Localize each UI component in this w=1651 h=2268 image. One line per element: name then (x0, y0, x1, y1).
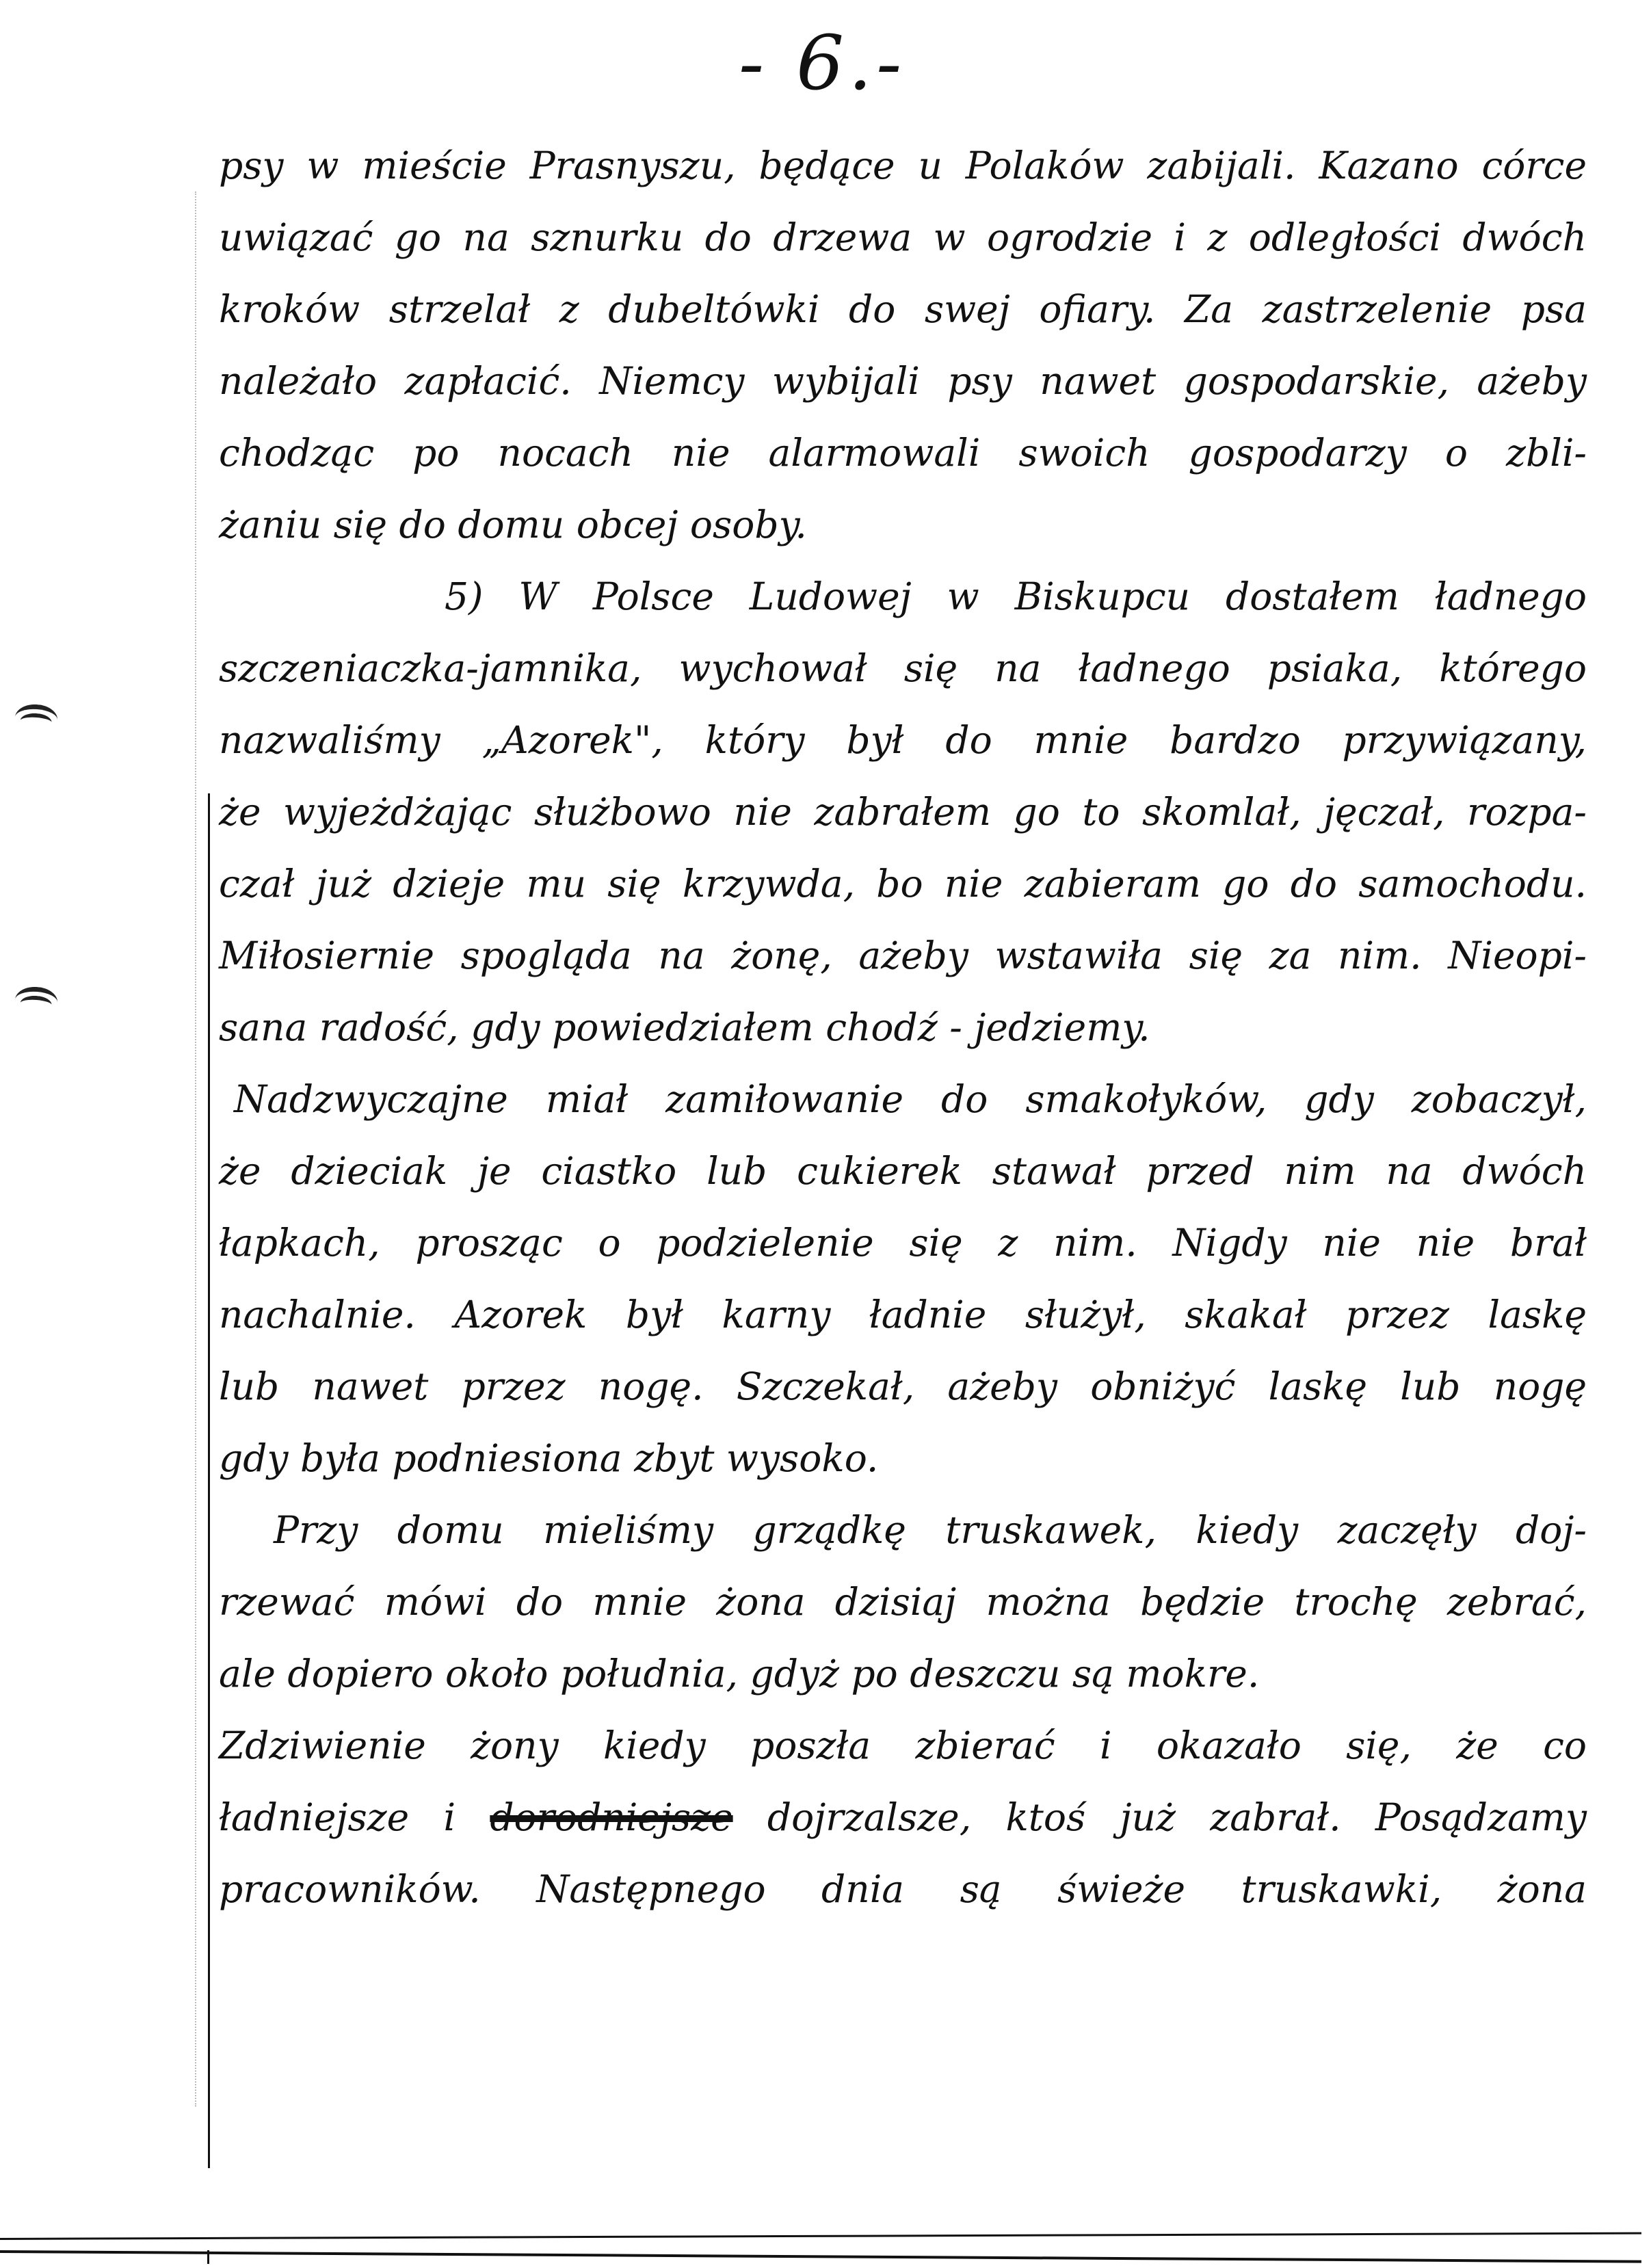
text-line: pracowników. Następnego dnia są świeże t… (219, 1854, 1587, 1925)
handwritten-page: - 6.- psy w mieście Prasnyszu, będące u … (0, 0, 1651, 2268)
margin-rule (208, 793, 210, 2168)
text-line: Zdziwienie żony kiedy poszła zbierać i o… (219, 1710, 1587, 1782)
bottom-edge-line (0, 2250, 1641, 2263)
text-line: łapkach, prosząc o podzielenie się z nim… (219, 1207, 1587, 1279)
text-line: nachalnie. Azorek był karny ładnie służy… (219, 1279, 1587, 1351)
text-line: Miłosiernie spogląda na żonę, ażeby wsta… (219, 920, 1587, 992)
text-line: uwiązać go na sznurku do drzewa w ogrodz… (219, 202, 1587, 274)
text-line: szczeniaczka-jamnika, wychował się na ła… (219, 633, 1587, 704)
text-line: że dzieciak je ciastko lub cukierek staw… (219, 1135, 1587, 1207)
text-line: kroków strzelał z dubeltówki do swej ofi… (219, 274, 1587, 345)
page-number: - 6.- (739, 19, 906, 107)
text-line: należało zapłacić. Niemcy wybijali psy n… (219, 345, 1587, 417)
punch-hole-mark-icon (14, 986, 59, 1016)
text-line-with-strikeout: ładniejsze i dorodniejsze dojrzalsze, kt… (219, 1782, 1587, 1854)
struck-out-word: dorodniejsze (490, 1795, 732, 1839)
margin-tick (207, 2250, 209, 2264)
text-line: że wyjeżdżając służbowo nie zabrałem go … (219, 776, 1587, 848)
text-line: czał już dzieje mu się krzywda, bo nie z… (219, 848, 1587, 920)
text-line: sana radość, gdy powiedziałem chodź - je… (219, 992, 1587, 1064)
text-line: żaniu się do domu obcej osoby. (219, 489, 1587, 561)
handwritten-text: psy w mieście Prasnyszu, będące u Polakó… (219, 130, 1587, 1925)
bottom-edge-line (0, 2232, 1641, 2240)
margin-dotted-line (195, 192, 196, 2107)
paragraph-start-line: Nadzwyczajne miał zamiłowanie do smakoły… (219, 1064, 1587, 1135)
text-line: nazwaliśmy „Azorek", który był do mnie b… (219, 704, 1587, 776)
text-line: psy w mieście Prasnyszu, będące u Polakó… (219, 130, 1587, 202)
paragraph-start-line: 5) W Polsce Ludowej w Biskupcu dostałem … (219, 561, 1587, 633)
text-line: chodząc po nocach nie alarmowali swoich … (219, 417, 1587, 489)
text-line: lub nawet przez nogę. Szczekał, ażeby ob… (219, 1351, 1587, 1423)
text-line: rzewać mówi do mnie żona dzisiaj można b… (219, 1566, 1587, 1638)
paragraph-start-line: Przy domu mieliśmy grządkę truskawek, ki… (219, 1494, 1587, 1566)
text-line: ale dopiero około południa, gdyż po desz… (219, 1638, 1587, 1710)
text-line: gdy była podniesiona zbyt wysoko. (219, 1423, 1587, 1494)
punch-hole-mark-icon (14, 703, 59, 734)
